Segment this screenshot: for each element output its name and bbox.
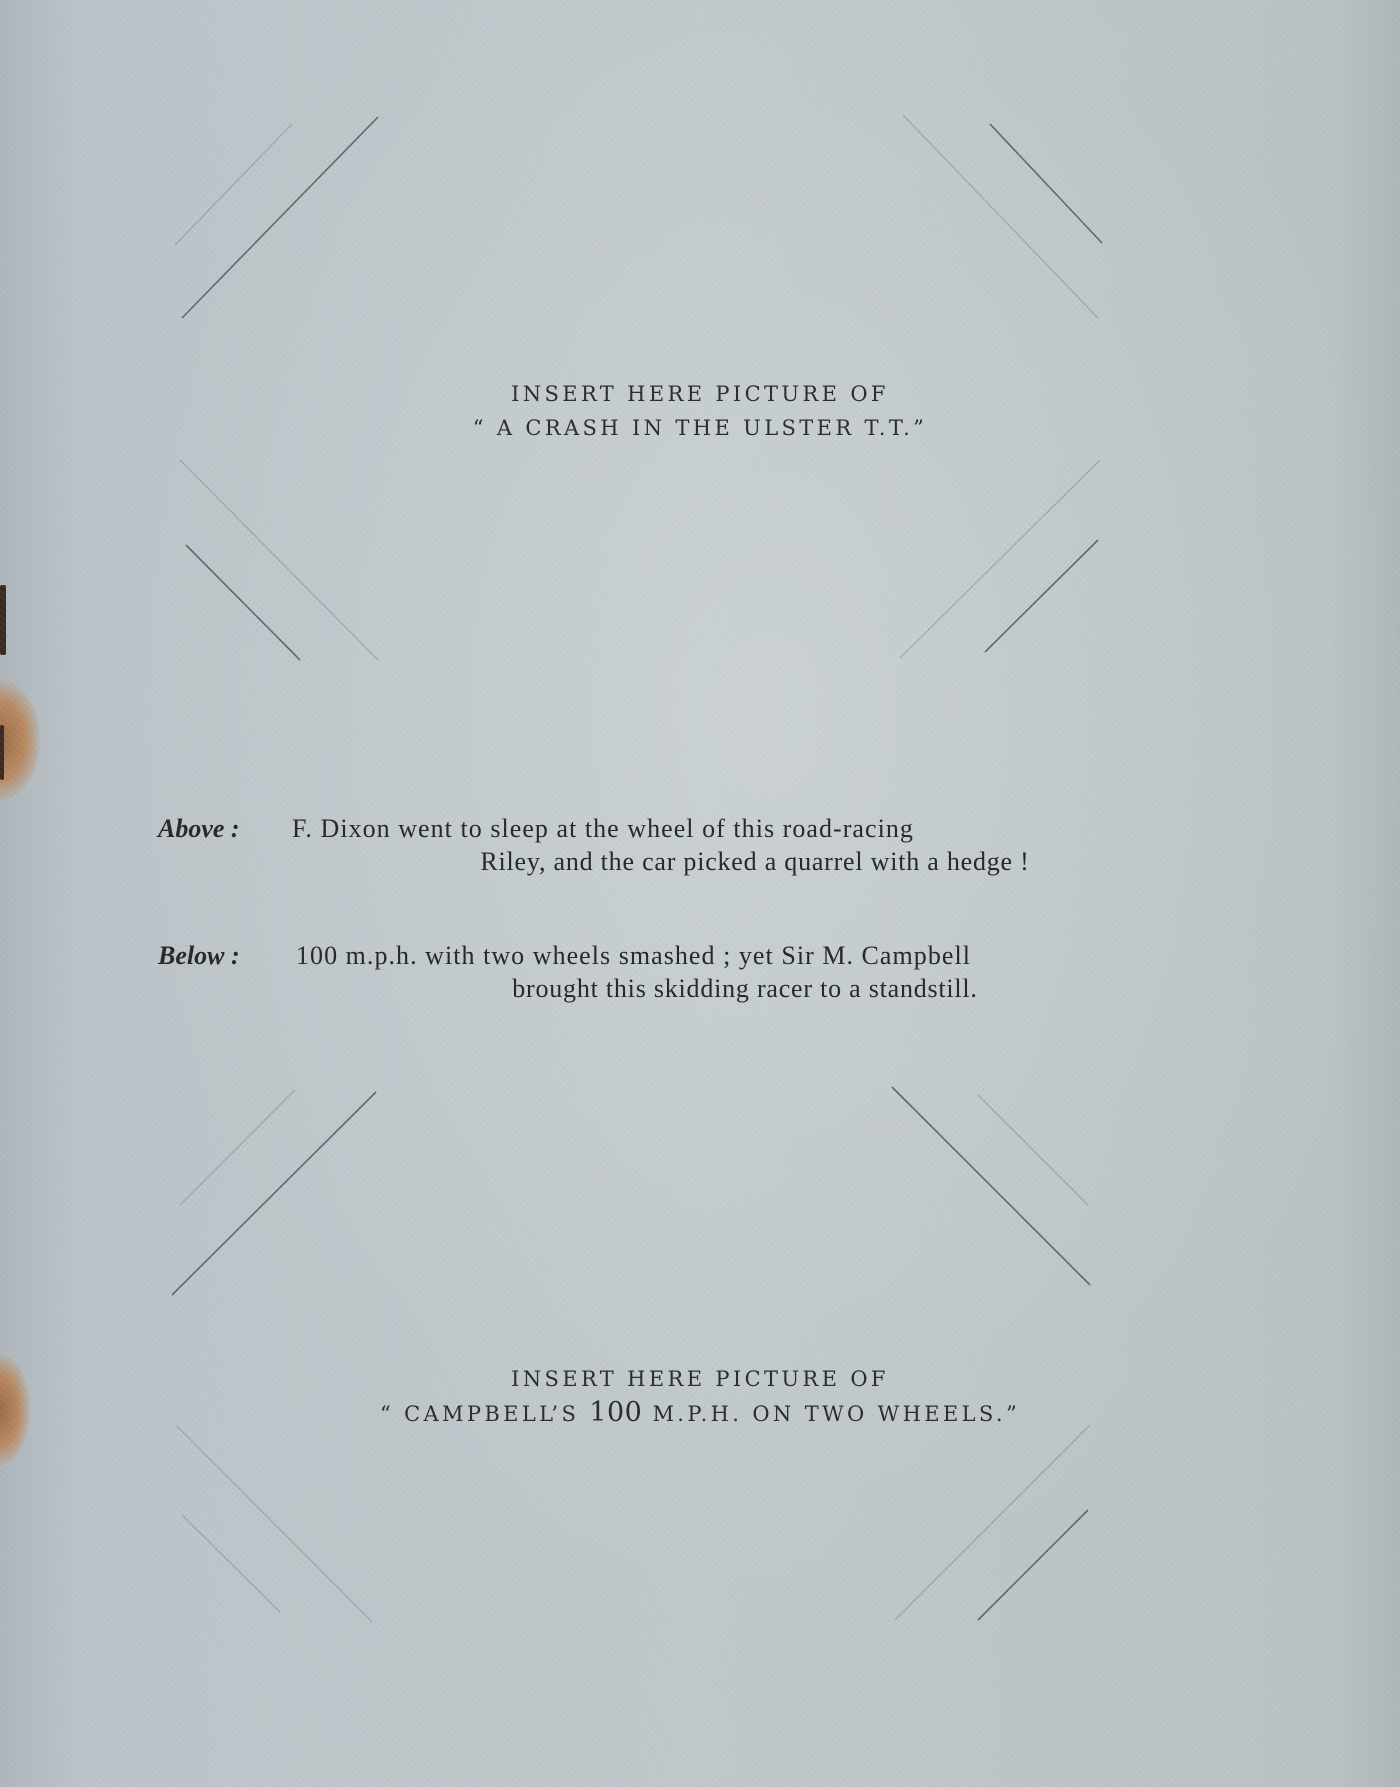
top-picture-placeholder: INSERT HERE PICTURE OF “ A CRASH IN THE … bbox=[0, 377, 1400, 445]
corner-slit-bottom-left bbox=[176, 1425, 372, 1622]
bottom-picture-placeholder: INSERT HERE PICTURE OF “ CAMPBELL’S 100 … bbox=[0, 1362, 1400, 1431]
corner-slit-mid-left-lower bbox=[172, 1090, 376, 1295]
book-page: INSERT HERE PICTURE OF “ A CRASH IN THE … bbox=[0, 0, 1400, 1787]
placeholder-title-number: 100 bbox=[589, 1397, 642, 1428]
corner-slit-bottom-right bbox=[895, 1425, 1090, 1620]
placeholder-picture-title: “ CAMPBELL’S 100 M.P.H. ON TWO WHEELS.” bbox=[0, 1396, 1400, 1431]
placeholder-instruction: INSERT HERE PICTURE OF bbox=[0, 377, 1400, 411]
placeholder-title-suffix: M.P.H. ON TWO WHEELS.” bbox=[642, 1402, 1020, 1426]
caption-above-label: Above : bbox=[158, 812, 240, 845]
placeholder-title-prefix: “ CAMPBELL’S bbox=[380, 1402, 589, 1426]
placeholder-picture-title: “ A CRASH IN THE ULSTER T.T.” bbox=[0, 411, 1400, 445]
photo-corner-slits bbox=[0, 0, 1400, 1787]
corner-slit-top-right bbox=[903, 115, 1102, 318]
corner-slit-mid-right-lower bbox=[892, 1087, 1090, 1285]
caption-below: Below : 100 m.p.h. with two wheels smash… bbox=[0, 939, 1400, 1009]
caption-below-line2: brought this skidding racer to a standst… bbox=[0, 972, 1400, 1005]
corner-slit-top-left bbox=[175, 117, 378, 318]
caption-below-line1: 100 m.p.h. with two wheels smashed ; yet… bbox=[296, 939, 971, 972]
corner-slit-mid-right-upper bbox=[900, 460, 1100, 658]
corner-slit-mid-left-upper bbox=[180, 460, 378, 660]
caption-below-label: Below : bbox=[158, 939, 240, 972]
placeholder-instruction: INSERT HERE PICTURE OF bbox=[0, 1362, 1400, 1396]
caption-above: Above : F. Dixon went to sleep at the wh… bbox=[0, 812, 1400, 882]
caption-above-line2: Riley, and the car picked a quarrel with… bbox=[0, 845, 1400, 878]
caption-above-line1: F. Dixon went to sleep at the wheel of t… bbox=[292, 812, 914, 845]
